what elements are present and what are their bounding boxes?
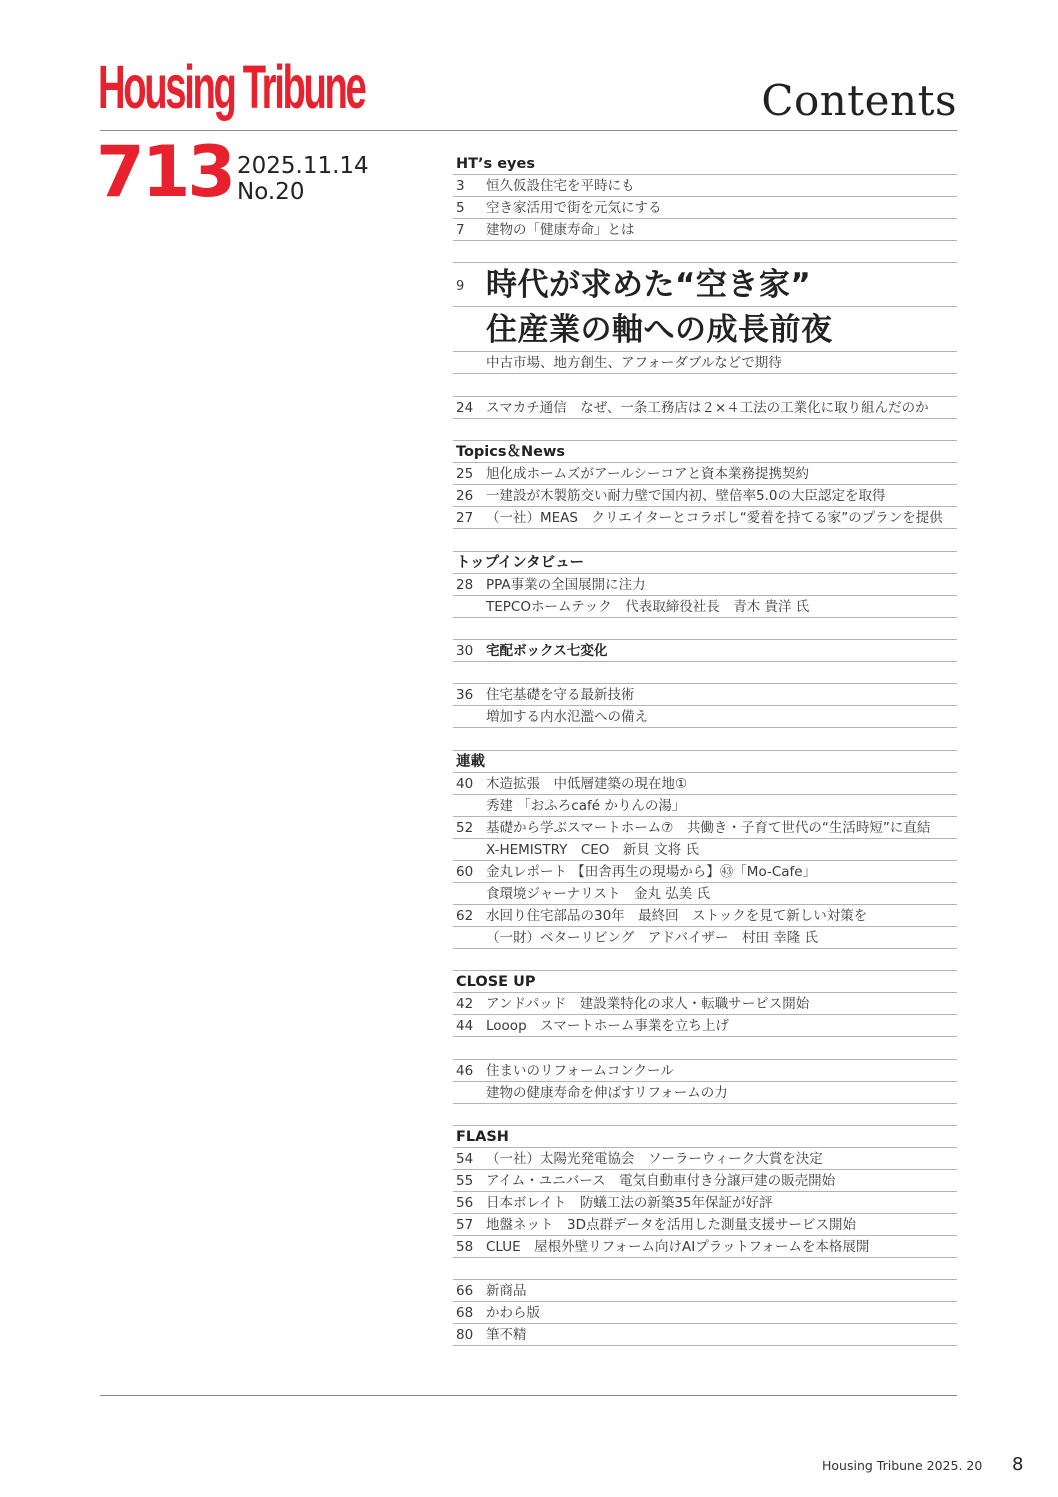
toc-item-title: 金丸レポート 【田舎再生の現場から】㊸「Mo-Cafe」 <box>486 861 816 883</box>
toc-page-number: 62 <box>456 905 486 927</box>
toc-spacer <box>453 728 957 750</box>
toc-spacer <box>453 419 957 441</box>
toc-item[interactable]: 建物の健康寿命を伸ばすリフォームの力 <box>453 1082 957 1104</box>
toc-spacer <box>453 662 957 684</box>
toc-page-number: 80 <box>456 1324 486 1346</box>
toc-item[interactable]: TEPCOホームテック 代表取締役社長 青木 貴洋 氏 <box>453 596 957 618</box>
toc-item-title: 食環境ジャーナリスト 金丸 弘美 氏 <box>486 883 710 905</box>
toc-item-title: 恒久仮設住宅を平時にも <box>486 175 635 197</box>
toc-item[interactable]: 40木造拡張 中低層建築の現在地① <box>453 773 957 795</box>
toc-item[interactable]: 27（一社）MEAS クリエイターとコラボし“愛着を持てる家”のプランを提供 <box>453 507 957 529</box>
toc-item-title: X-HEMISTRY CEO 新貝 文将 氏 <box>486 839 699 861</box>
toc-section-heading: 連載 <box>453 751 957 773</box>
toc-item[interactable]: 24スマカチ通信 なぜ、一条工務店は２×４工法の工業化に取り組んだのか <box>453 397 957 419</box>
toc-item[interactable]: 80筆不精 <box>453 1324 957 1346</box>
toc-item[interactable]: 増加する内水氾濫への備え <box>453 706 957 728</box>
toc-item-title: （一財）ベターリビング アドバイザー 村田 幸隆 氏 <box>486 927 818 949</box>
toc-item[interactable]: X-HEMISTRY CEO 新貝 文将 氏 <box>453 839 957 861</box>
toc-item[interactable]: 5空き家活用で街を元気にする <box>453 197 957 219</box>
toc-page-number: 60 <box>456 861 486 883</box>
toc-feature-item[interactable]: 住産業の軸への成長前夜 <box>453 307 957 352</box>
toc-spacer <box>453 241 957 263</box>
toc-item[interactable]: 中古市場、地方創生、アフォーダブルなどで期待 <box>453 352 957 374</box>
toc-page-number: 58 <box>456 1236 486 1258</box>
toc-item-title: （一社）MEAS クリエイターとコラボし“愛着を持てる家”のプランを提供 <box>486 507 943 529</box>
toc-page-number: 36 <box>456 684 486 706</box>
toc-page-number: 9 <box>456 263 486 311</box>
toc-page-number: 30 <box>456 640 486 662</box>
toc-item-title: 空き家活用で街を元気にする <box>486 197 662 219</box>
table-of-contents: HT’s eyes3恒久仮設住宅を平時にも5空き家活用で街を元気にする7建物の「… <box>453 153 957 1346</box>
toc-item[interactable]: 62水回り住宅部品の30年 最終回 ストックを見て新しい対策を <box>453 905 957 927</box>
toc-item[interactable]: 68かわら版 <box>453 1302 957 1324</box>
toc-item-title: 地盤ネット 3D点群データを活用した測量支援サービス開始 <box>486 1214 856 1236</box>
toc-item-title: Looop スマートホーム事業を立ち上げ <box>486 1015 729 1037</box>
toc-section-heading: トップインタビュー <box>453 552 957 574</box>
toc-page-number: 5 <box>456 197 486 219</box>
toc-spacer <box>453 529 957 551</box>
toc-spacer <box>453 1104 957 1126</box>
toc-page-number: 68 <box>456 1302 486 1324</box>
toc-item-title: 旭化成ホームズがアールシーコアと資本業務提携契約 <box>486 463 809 485</box>
toc-item[interactable]: 55アイム・ユニバース 電気自動車付き分譲戸建の販売開始 <box>453 1170 957 1192</box>
issue-no: No.20 <box>237 181 304 204</box>
toc-item-title: 一建設が木製筋交い耐力壁で国内初、壁倍率5.0の大臣認定を取得 <box>486 485 885 507</box>
toc-item[interactable]: 57地盤ネット 3D点群データを活用した測量支援サービス開始 <box>453 1214 957 1236</box>
toc-spacer <box>453 949 957 971</box>
toc-page-number: 27 <box>456 507 486 529</box>
toc-page-number: 26 <box>456 485 486 507</box>
footer-publication: Housing Tribune 2025. 20 <box>822 1458 982 1473</box>
toc-item[interactable]: 44Looop スマートホーム事業を立ち上げ <box>453 1015 957 1037</box>
toc-item-title: TEPCOホームテック 代表取締役社長 青木 貴洋 氏 <box>486 596 809 618</box>
toc-item[interactable]: 42アンドパッド 建設業特化の求人・転職サービス開始 <box>453 993 957 1015</box>
toc-item-title: 建物の健康寿命を伸ばすリフォームの力 <box>486 1082 728 1104</box>
toc-item[interactable]: 52基礎から学ぶスマートホーム⑦ 共働き・子育て世代の“生活時短”に直結 <box>453 817 957 839</box>
toc-item[interactable]: 36住宅基礎を守る最新技術 <box>453 684 957 706</box>
toc-item-title: 基礎から学ぶスマートホーム⑦ 共働き・子育て世代の“生活時短”に直結 <box>486 817 930 839</box>
toc-page-number: 44 <box>456 1015 486 1037</box>
toc-item-title: PPA事業の全国展開に注力 <box>486 574 646 596</box>
toc-item-title: 住産業の軸への成長前夜 <box>486 307 833 353</box>
toc-page-number: 57 <box>456 1214 486 1236</box>
toc-page-number: 54 <box>456 1148 486 1170</box>
toc-item-title: 宅配ボックス七変化 <box>486 640 607 662</box>
toc-item[interactable]: 30宅配ボックス七変化 <box>453 640 957 662</box>
toc-item-title: 住まいのリフォームコンクール <box>486 1060 674 1082</box>
toc-spacer <box>453 1037 957 1059</box>
toc-page-number: 55 <box>456 1170 486 1192</box>
toc-page-number: 40 <box>456 773 486 795</box>
toc-page-number: 42 <box>456 993 486 1015</box>
toc-section-heading: Topics＆News <box>453 441 957 463</box>
toc-item-title: 水回り住宅部品の30年 最終回 ストックを見て新しい対策を <box>486 905 867 927</box>
page-title: Contents <box>761 80 957 122</box>
toc-page-number: 56 <box>456 1192 486 1214</box>
toc-item-title: 秀建 「おふろcafé かりんの湯」 <box>486 795 685 817</box>
toc-item-title: 筆不精 <box>486 1324 527 1346</box>
toc-item[interactable]: 66新商品 <box>453 1280 957 1302</box>
toc-item-title: 増加する内水氾濫への備え <box>486 706 648 728</box>
toc-page-number: 25 <box>456 463 486 485</box>
issue-date: 2025.11.14 <box>237 155 369 178</box>
toc-item-title: CLUE 屋根外壁リフォーム向けAIプラットフォームを本格展開 <box>486 1236 869 1258</box>
toc-page-number: 7 <box>456 219 486 241</box>
toc-page-number: 3 <box>456 175 486 197</box>
toc-item[interactable]: 58CLUE 屋根外壁リフォーム向けAIプラットフォームを本格展開 <box>453 1236 957 1258</box>
toc-spacer <box>453 374 957 396</box>
toc-item-title: かわら版 <box>486 1302 540 1324</box>
logo: Housing Tribune <box>98 58 364 119</box>
toc-page-number: 46 <box>456 1060 486 1082</box>
toc-item-title: アンドパッド 建設業特化の求人・転職サービス開始 <box>486 993 809 1015</box>
toc-spacer <box>453 1258 957 1280</box>
toc-item[interactable]: 26一建設が木製筋交い耐力壁で国内初、壁倍率5.0の大臣認定を取得 <box>453 485 957 507</box>
toc-feature-item[interactable]: 9時代が求めた“空き家” <box>453 263 957 307</box>
toc-item-title: 建物の「健康寿命」とは <box>486 219 635 241</box>
toc-item-title: 新商品 <box>486 1280 527 1302</box>
issue-number: 713 <box>96 137 233 207</box>
toc-item[interactable]: 25旭化成ホームズがアールシーコアと資本業務提携契約 <box>453 463 957 485</box>
footer-divider <box>100 1395 957 1396</box>
toc-item-title: アイム・ユニバース 電気自動車付き分譲戸建の販売開始 <box>486 1170 835 1192</box>
toc-item[interactable]: 60金丸レポート 【田舎再生の現場から】㊸「Mo-Cafe」 <box>453 861 957 883</box>
toc-page-number: 28 <box>456 574 486 596</box>
toc-page-number: 24 <box>456 397 486 419</box>
toc-item[interactable]: 54（一社）太陽光発電協会 ソーラーウィーク大賞を決定 <box>453 1148 957 1170</box>
toc-item[interactable]: 7建物の「健康寿命」とは <box>453 219 957 241</box>
toc-page-number: 66 <box>456 1280 486 1302</box>
toc-page-number: 52 <box>456 817 486 839</box>
toc-item[interactable]: 28PPA事業の全国展開に注力 <box>453 574 957 596</box>
toc-section-heading: HT’s eyes <box>453 153 957 175</box>
toc-item-title: 住宅基礎を守る最新技術 <box>486 684 635 706</box>
toc-item-title: 日本ボレイト 防蟻工法の新築35年保証が好評 <box>486 1192 773 1214</box>
toc-item[interactable]: （一財）ベターリビング アドバイザー 村田 幸隆 氏 <box>453 927 957 949</box>
toc-item[interactable]: 56日本ボレイト 防蟻工法の新築35年保証が好評 <box>453 1192 957 1214</box>
toc-item-title: 木造拡張 中低層建築の現在地① <box>486 773 687 795</box>
toc-spacer <box>453 618 957 640</box>
toc-item[interactable]: 食環境ジャーナリスト 金丸 弘美 氏 <box>453 883 957 905</box>
toc-item-title: 中古市場、地方創生、アフォーダブルなどで期待 <box>486 352 782 374</box>
toc-item-title: （一社）太陽光発電協会 ソーラーウィーク大賞を決定 <box>486 1148 823 1170</box>
toc-item[interactable]: 46住まいのリフォームコンクール <box>453 1060 957 1082</box>
toc-item-title: 時代が求めた“空き家” <box>486 263 811 307</box>
toc-item-title: スマカチ通信 なぜ、一条工務店は２×４工法の工業化に取り組んだのか <box>486 397 929 419</box>
toc-section-heading: CLOSE UP <box>453 971 957 993</box>
toc-item[interactable]: 秀建 「おふろcafé かりんの湯」 <box>453 795 957 817</box>
page-number: 8 <box>1012 1454 1023 1475</box>
toc-item[interactable]: 3恒久仮設住宅を平時にも <box>453 175 957 197</box>
toc-section-heading: FLASH <box>453 1126 957 1148</box>
